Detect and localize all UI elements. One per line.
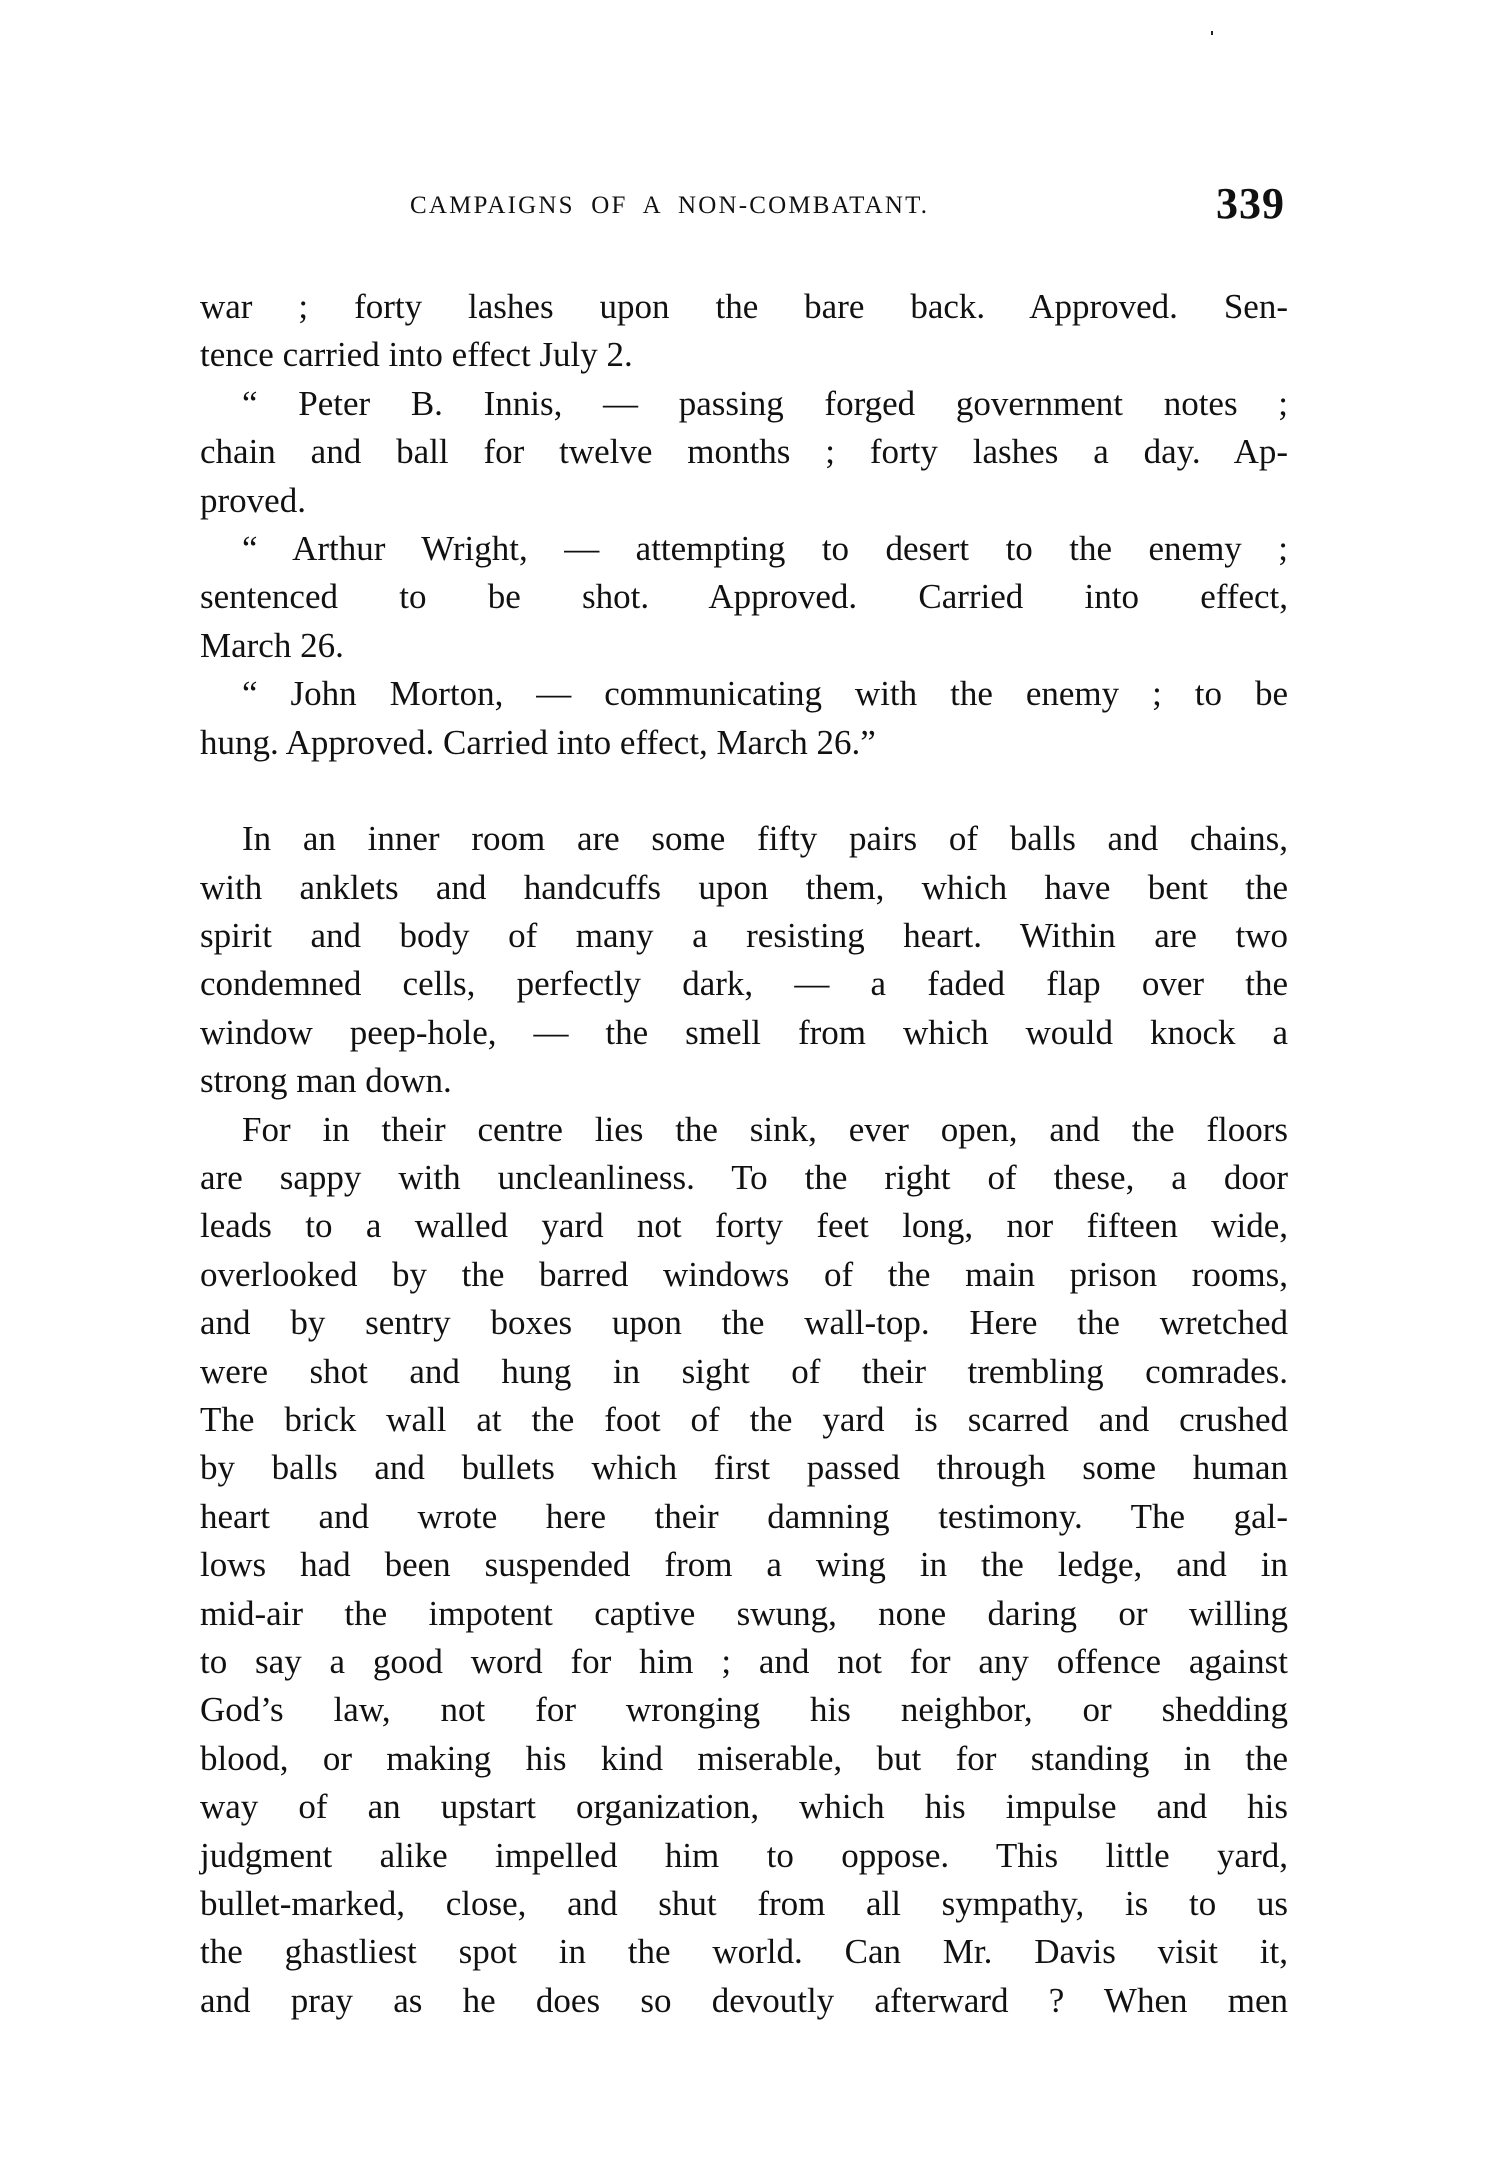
scan-speck	[1211, 31, 1213, 35]
text-line: window peep-hole, — the smell from which…	[200, 1009, 1288, 1057]
text-line: For in their centre lies the sink, ever …	[200, 1106, 1288, 1154]
text-line: with anklets and handcuffs upon them, wh…	[200, 864, 1288, 912]
paragraph-gap	[200, 767, 1288, 815]
text-line: judgment alike impelled him to oppose. T…	[200, 1832, 1288, 1880]
text-line: heart and wrote here their damning testi…	[200, 1493, 1288, 1541]
text-line: lows had been suspended from a wing in t…	[200, 1541, 1288, 1589]
text-line: mid-air the impotent captive swung, none…	[200, 1590, 1288, 1638]
text-line: and pray as he does so devoutly afterwar…	[200, 1977, 1288, 2025]
text-line: tence carried into effect July 2.	[200, 331, 1288, 379]
running-title: Campaigns of a Non-Combatant.	[410, 186, 929, 226]
text-line: hung. Approved. Carried into effect, Mar…	[200, 719, 1288, 767]
text-line: spirit and body of many a resisting hear…	[200, 912, 1288, 960]
text-line: sentenced to be shot. Approved. Carried …	[200, 573, 1288, 621]
court-martial-list: war ; forty lashes upon the bare back. A…	[200, 283, 1288, 767]
text-line: leads to a walled yard not forty feet lo…	[200, 1202, 1288, 1250]
text-line: proved.	[200, 477, 1288, 525]
text-line: The brick wall at the foot of the yard i…	[200, 1396, 1288, 1444]
text-line: are sappy with uncleanliness. To the rig…	[200, 1154, 1288, 1202]
text-line: overlooked by the barred windows of the …	[200, 1251, 1288, 1299]
text-line: March 26.	[200, 622, 1288, 670]
text-line: strong man down.	[200, 1057, 1288, 1105]
text-line: blood, or making his kind miserable, but…	[200, 1735, 1288, 1783]
text-line: In an inner room are some fifty pairs of…	[200, 815, 1288, 863]
text-line: the ghastliest spot in the world. Can Mr…	[200, 1928, 1288, 1976]
body-text: war ; forty lashes upon the bare back. A…	[200, 283, 1288, 2025]
text-line: God’s law, not for wronging his neighbor…	[200, 1686, 1288, 1734]
text-line: “ Peter B. Innis, — passing forged gover…	[200, 380, 1288, 428]
text-line: way of an upstart organization, which hi…	[200, 1783, 1288, 1831]
text-line: were shot and hung in sight of their tre…	[200, 1348, 1288, 1396]
text-line: “ John Morton, — communicating with the …	[200, 670, 1288, 718]
text-line: to say a good word for him ; and not for…	[200, 1638, 1288, 1686]
running-head: Campaigns of a Non-Combatant. 339	[410, 186, 1290, 226]
text-line: chain and ball for twelve months ; forty…	[200, 428, 1288, 476]
text-line: by balls and bullets which first passed …	[200, 1444, 1288, 1492]
text-line: and by sentry boxes upon the wall-top. H…	[200, 1299, 1288, 1347]
text-line: war ; forty lashes upon the bare back. A…	[200, 283, 1288, 331]
text-line: condemned cells, perfectly dark, — a fad…	[200, 960, 1288, 1008]
text-line: bullet-marked, close, and shut from all …	[200, 1880, 1288, 1928]
page-number: 339	[1216, 182, 1285, 226]
prison-description: In an inner room are some fifty pairs of…	[200, 815, 1288, 2025]
text-line: “ Arthur Wright, — attempting to desert …	[200, 525, 1288, 573]
